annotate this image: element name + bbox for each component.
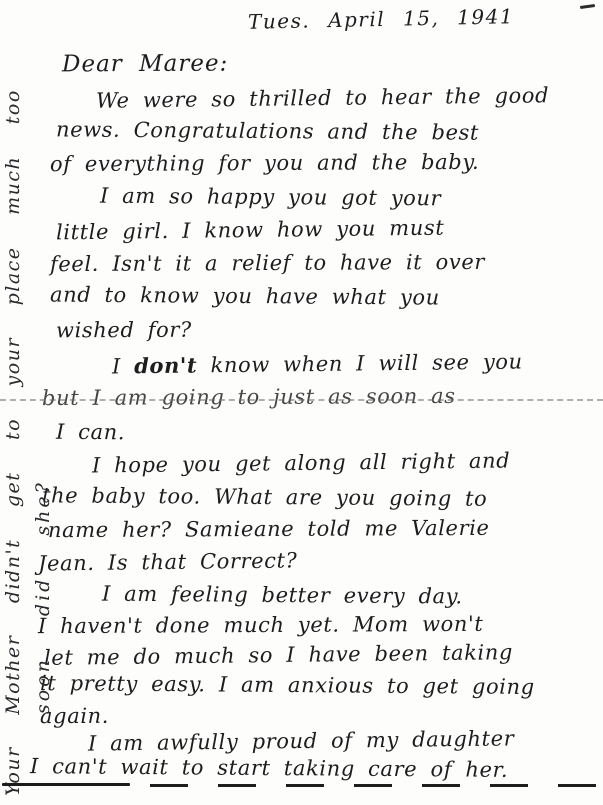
letter-line: feel. Isn't it a relief to have it over [50,251,485,276]
letter-line: and to know you have what you [50,283,440,309]
letter-line: the baby too. What are you going to [42,484,488,511]
margin-note-line: Your Mother didn't get to your place muc… [2,96,24,796]
scan-edge-line [2,783,130,786]
margin-note-line: soon did she? [32,444,54,714]
letter-line: it pretty easy. I am anxious to get goin… [40,672,535,699]
letter-line: name her? Samieane told me Valerie [48,517,490,542]
letter-line-part: I [112,354,134,378]
letter-line: I can't wait to start taking care of her… [30,755,508,782]
letter-line: Jean. Is that Correct? [38,549,298,575]
letter-line: I can. [56,421,125,445]
letter-line: let me do much so I have been taking [44,641,513,670]
scan-edge-line-dashes [150,784,600,787]
letter-line: I hope you get along all right and [92,449,511,477]
letter-line-emphasis: don't [134,352,197,378]
letter-line: news. Congratulations and the best [56,118,479,144]
letter-line: I am feeling better every day. [102,583,463,609]
letter-line-part: know when I will see you [197,349,523,377]
letter-line: We were so thrilled to hear the good [96,84,549,113]
letter-page: Tues. April 15, 1941 Dear Maree: We were… [0,0,603,805]
letter-line: I haven't done much yet. Mom won't [38,613,484,638]
letter-line: of everything for you and the baby. [50,151,479,176]
letter-salutation: Dear Maree: [62,52,228,78]
scan-artifact-mark [580,4,595,9]
letter-line: I am so happy you got your [100,185,441,211]
letter-line: wished for? [56,319,192,343]
letter-line: but I am going to just as soon as [42,385,456,410]
paper-crease-line [0,399,603,401]
letter-date: Tues. April 15, 1941 [248,5,514,33]
letter-line: I don't know when I will see you [112,349,523,378]
letter-line: I am awfully proud of my daughter [88,727,515,755]
letter-line: little girl. I know how you must [56,217,445,245]
